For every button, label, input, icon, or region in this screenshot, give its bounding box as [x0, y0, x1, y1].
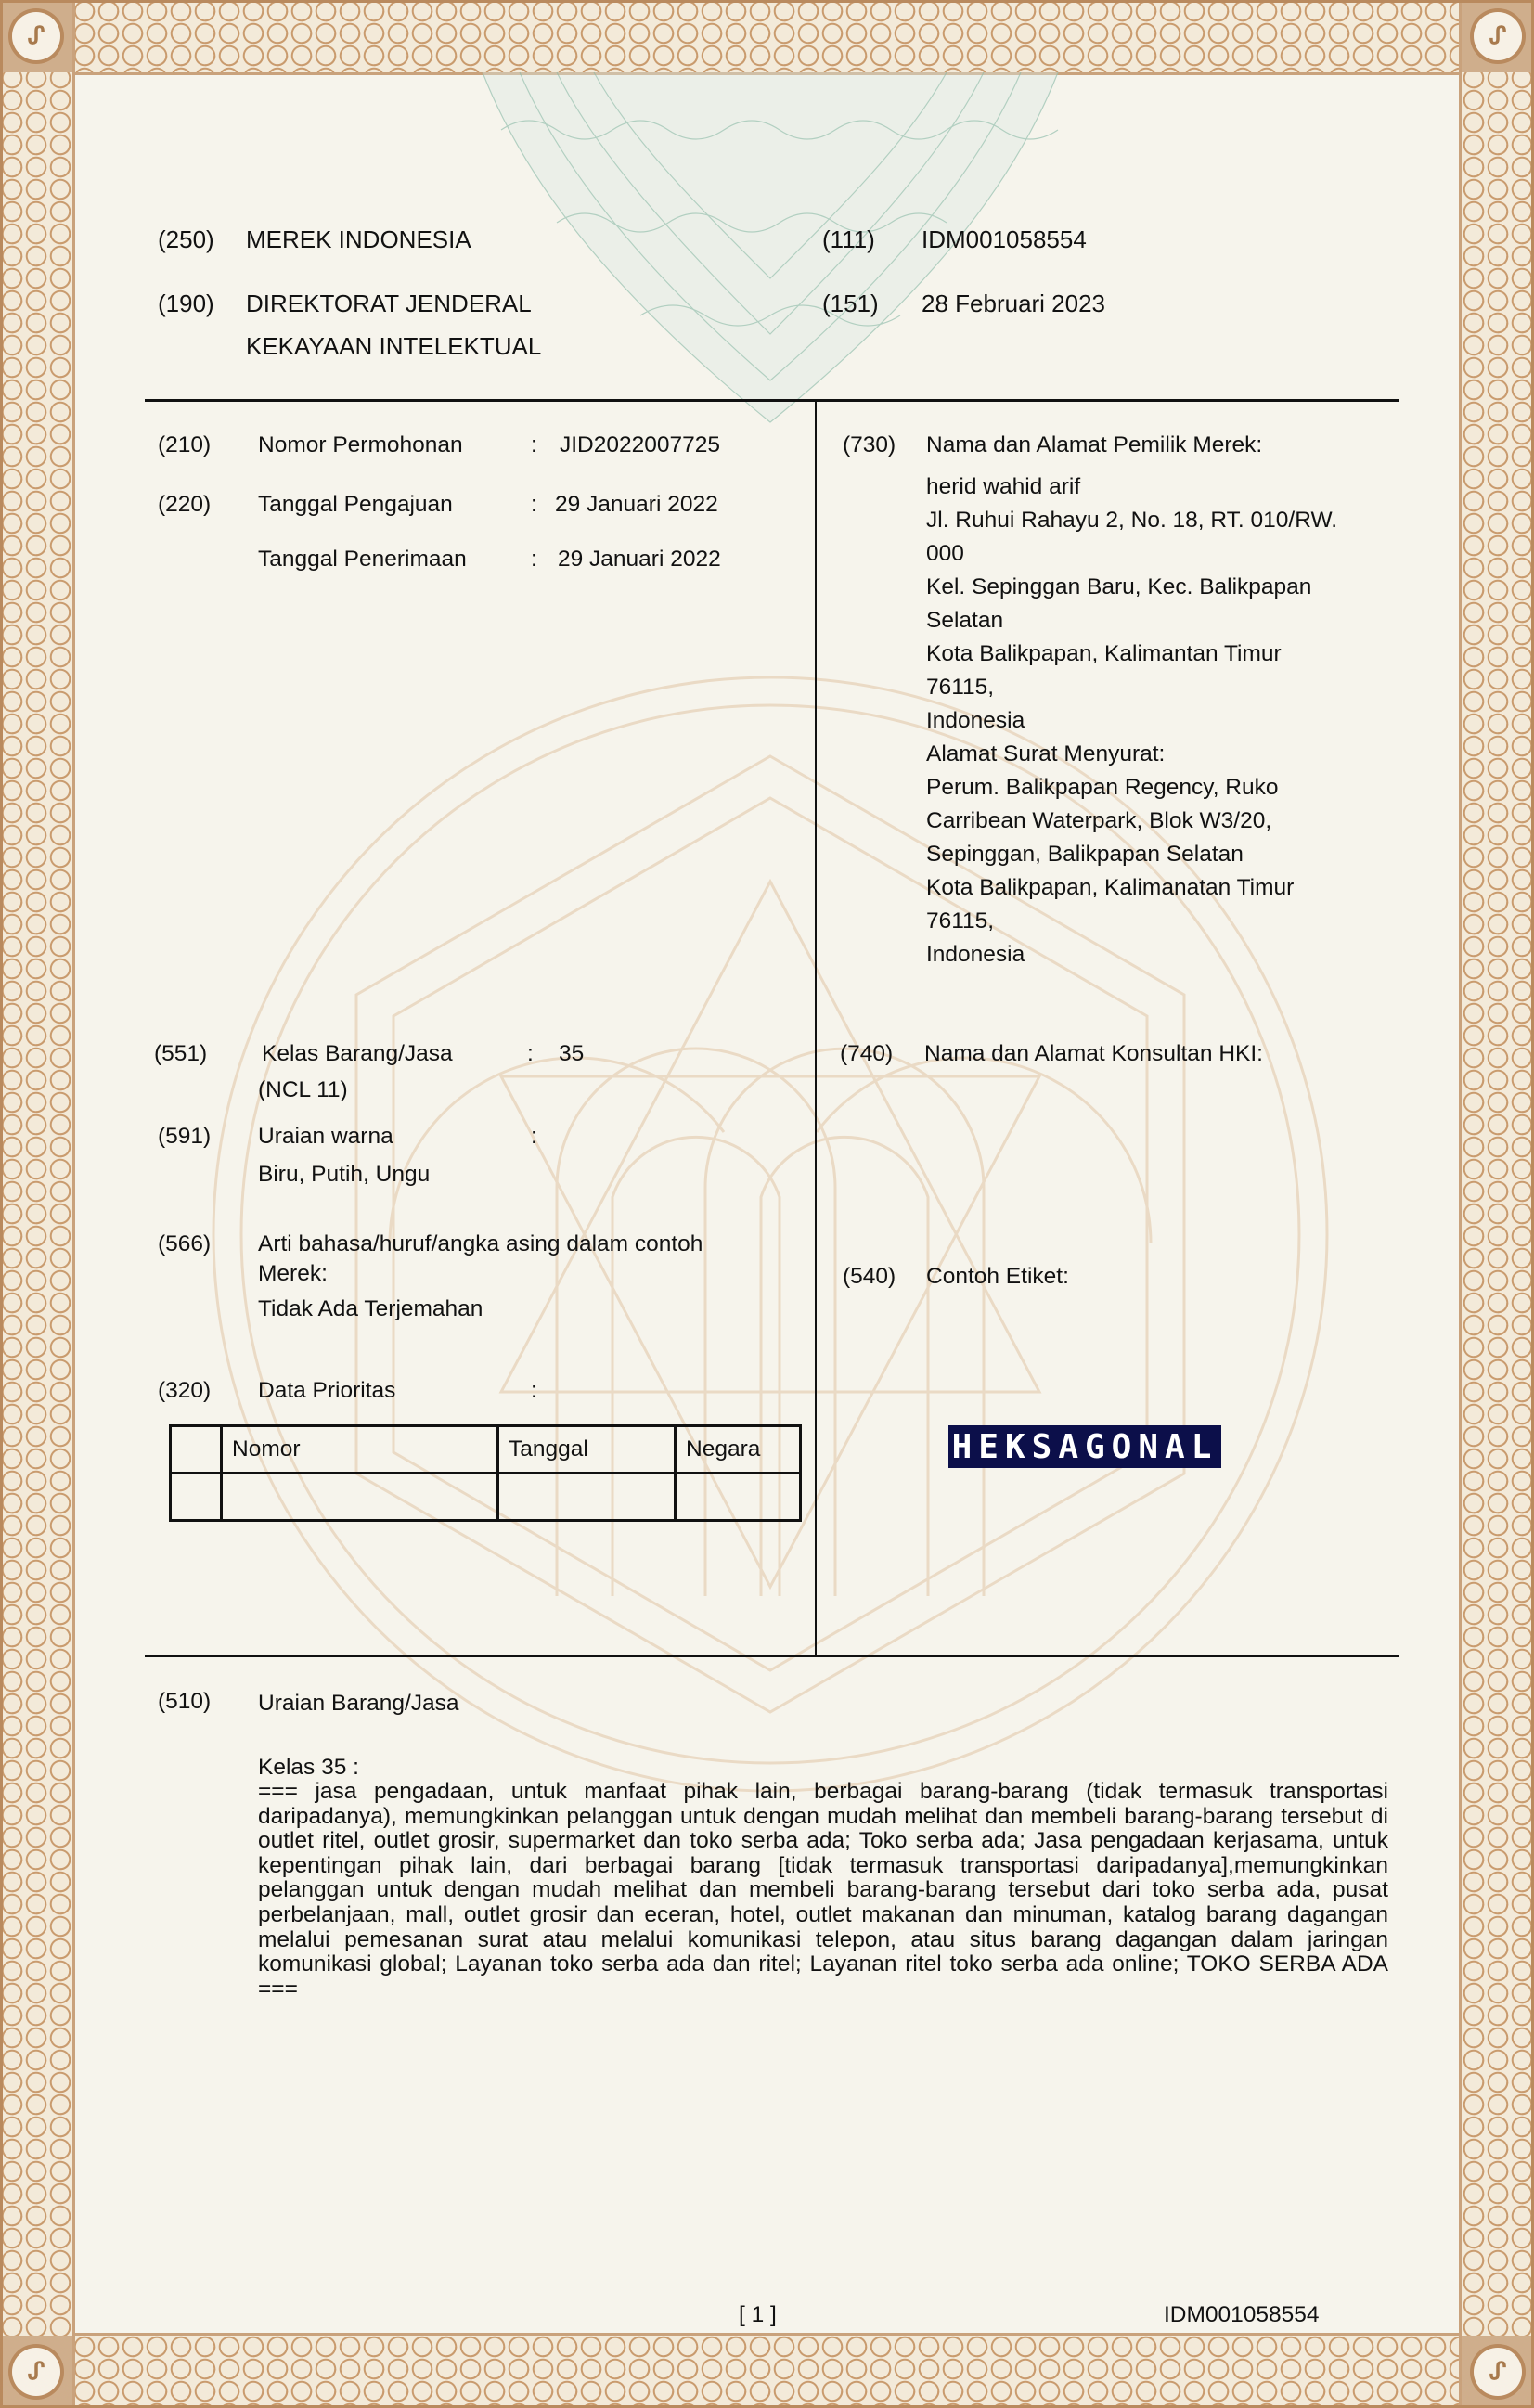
header-divider: [145, 399, 1399, 402]
inid-code-320: (320): [158, 1378, 211, 1404]
table-header-tanggal: Tanggal: [498, 1426, 676, 1474]
inid-code-551: (551): [154, 1041, 207, 1067]
page-number: [ 1 ]: [739, 2302, 777, 2328]
table-row: [171, 1474, 801, 1521]
owner-address-line: Jl. Ruhui Rahayu 2, No. 18, RT. 010/RW.: [926, 504, 1337, 537]
correspondence-line: Perum. Balikpapan Regency, Ruko: [926, 771, 1337, 805]
inid-code-730: (730): [843, 432, 896, 458]
office-name-line2: KEKAYAAN INTELEKTUAL: [246, 332, 541, 360]
filing-date: 29 Januari 2022: [555, 492, 718, 518]
owner-address-line: 76115,: [926, 671, 1337, 704]
inid-code-250: (250): [158, 225, 214, 253]
label-sample-title: Contoh Etiket:: [926, 1264, 1069, 1290]
inid-code-591: (591): [158, 1124, 211, 1150]
inid-code-210: (210): [158, 432, 211, 458]
table-cell: [171, 1474, 222, 1521]
table-header-nomor: Nomor: [222, 1426, 498, 1474]
application-number: JID2022007725: [560, 432, 720, 458]
owner-section-title: Nama dan Alamat Pemilik Merek:: [926, 432, 1262, 458]
correspondence-line: Carribean Waterpark, Blok W3/20,: [926, 805, 1337, 838]
corner-medallion-icon: ᔑ: [0, 2336, 72, 2408]
goods-title: Uraian Barang/Jasa: [258, 1691, 459, 1717]
table-cell: [222, 1474, 498, 1521]
inid-code-566: (566): [158, 1231, 211, 1257]
colon: :: [527, 1041, 534, 1067]
receipt-date: 29 Januari 2022: [558, 547, 721, 573]
consultant-title: Nama dan Alamat Konsultan HKI:: [924, 1041, 1263, 1067]
inid-code-510: (510): [158, 1689, 211, 1715]
table-header-negara: Negara: [676, 1426, 801, 1474]
application-number-label: Nomor Permohonan: [258, 432, 463, 458]
priority-table: Nomor Tanggal Negara: [169, 1424, 802, 1522]
guilloche-watermark: [0, 0, 1534, 445]
class-number: 35: [559, 1041, 584, 1067]
filing-date-label: Tanggal Pengajuan: [258, 492, 453, 518]
table-header-row: Nomor Tanggal Negara: [171, 1426, 801, 1474]
border-bottom: [0, 2333, 1534, 2408]
correspondence-line: Indonesia: [926, 938, 1337, 972]
goods-class-heading: Kelas 35 :: [258, 1755, 359, 1781]
table-header-cell: [171, 1426, 222, 1474]
owner-address-line: Selatan: [926, 604, 1337, 637]
office-country: MEREK INDONESIA: [246, 225, 471, 253]
colon: :: [531, 547, 537, 573]
inid-code-540: (540): [843, 1264, 896, 1290]
correspondence-label: Alamat Surat Menyurat:: [926, 738, 1337, 771]
colors-label: Uraian warna: [258, 1124, 393, 1150]
translation-value: Tidak Ada Terjemahan: [258, 1296, 483, 1322]
inid-code-220: (220): [158, 492, 211, 518]
inid-code-151: (151): [822, 290, 879, 317]
correspondence-line: Sepinggan, Balikpapan Selatan: [926, 838, 1337, 871]
priority-label: Data Prioritas: [258, 1378, 395, 1404]
table-cell: [676, 1474, 801, 1521]
correspondence-line: Kota Balikpapan, Kalimanatan Timur: [926, 871, 1337, 905]
colors-value: Biru, Putih, Ungu: [258, 1162, 430, 1188]
owner-name: herid wahid arif: [926, 470, 1337, 504]
translation-label-line2: Merek:: [258, 1261, 328, 1287]
owner-address-line: Indonesia: [926, 704, 1337, 738]
registration-number: IDM001058554: [922, 225, 1087, 253]
registration-date: 28 Februari 2023: [922, 290, 1105, 317]
correspondence-line: 76115,: [926, 905, 1337, 938]
translation-label-line1: Arti bahasa/huruf/angka asing dalam cont…: [258, 1231, 703, 1257]
goods-description: === jasa pengadaan, untuk manfaat pihak …: [258, 1780, 1388, 2002]
colon: :: [531, 432, 537, 458]
office-name-line1: DIREKTORAT JENDERAL: [246, 290, 532, 317]
goods-divider: [145, 1655, 1399, 1657]
table-cell: [498, 1474, 676, 1521]
corner-medallion-icon: ᔑ: [1462, 2336, 1534, 2408]
colon: :: [531, 1378, 537, 1404]
class-edition: (NCL 11): [258, 1077, 348, 1103]
inid-code-111: (111): [822, 225, 875, 253]
colon: :: [531, 1124, 537, 1150]
inid-code-190: (190): [158, 290, 214, 317]
owner-address-line: Kel. Sepinggan Baru, Kec. Balikpapan: [926, 571, 1337, 604]
colon: :: [531, 492, 537, 518]
footer-doc-id: IDM001058554: [1164, 2302, 1320, 2328]
owner-address-line: 000: [926, 537, 1337, 571]
trademark-label-image: HEKSAGONAL: [948, 1425, 1221, 1468]
inid-code-740: (740): [840, 1041, 893, 1067]
receipt-date-label: Tanggal Penerimaan: [258, 547, 467, 573]
class-label: Kelas Barang/Jasa: [262, 1041, 453, 1067]
owner-address-line: Kota Balikpapan, Kalimantan Timur: [926, 637, 1337, 671]
column-divider: [815, 399, 817, 1657]
owner-address: herid wahid arif Jl. Ruhui Rahayu 2, No.…: [926, 470, 1337, 972]
